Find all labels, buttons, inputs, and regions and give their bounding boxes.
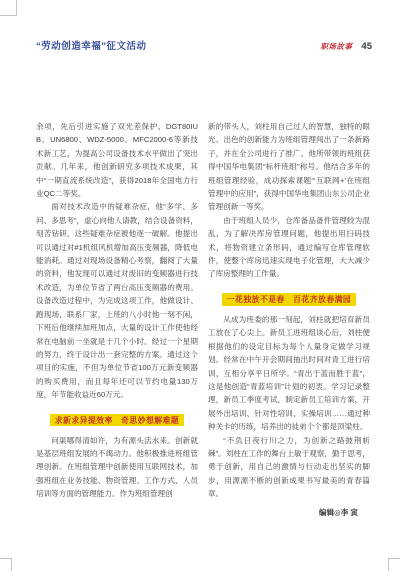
article-paragraph: 新的带头人，刘柱用自己过人的智慧，独特的眼光、出色的创新能力为班组管理闯出了一条… xyxy=(208,120,370,214)
section-heading-text: 求新求异提效率 奇思妙想解难题 xyxy=(50,414,184,426)
section-heading-text: 一花独放不是春 百花齐放春满园 xyxy=(222,293,356,305)
article-paragraph: 从成为班委的那一刻起，刘柱就把培育新员工放在了心尖上。新员工进班组谈心后，刘柱便… xyxy=(208,313,370,434)
article-paragraph: 余项，先后引进实施了双光差保护、DGT80IUB、UN6800、WDZ-5000… xyxy=(36,120,198,200)
crop-mark-bottom-right xyxy=(388,558,400,571)
crop-mark-top-left xyxy=(0,0,17,16)
magazine-page: “劳动创造幸福”征文活动 职场故事 45 余项，先后引进实施了双光差保护、DGT… xyxy=(0,0,400,571)
section-heading: 求新求异提效率 奇思妙想解难题 xyxy=(36,411,198,427)
crop-mark-bottom-left xyxy=(0,558,12,571)
article-paragraph: 面对技术改造中的疑难杂症，他“多学、多问、多思考”，虚心向他人请教，结合设备资料… xyxy=(36,200,198,401)
page-number: 45 xyxy=(361,41,372,52)
header-right-group: 职场故事 45 xyxy=(320,41,372,52)
section-heading: 一花独放不是春 百花齐放春满园 xyxy=(208,290,370,306)
article-paragraph: “不负日夜行川之力，为创新之路披荆斩棘”。刘柱在工作的舞台上敏于观察，勤于思考，… xyxy=(208,434,370,501)
article-paragraph: 由于班组人员少，仓库备品备件管理较为混乱，为了解决库房管理问题，他提出用扫码技术… xyxy=(208,214,370,281)
left-column: 余项，先后引进实施了双光差保护、DGT80IUB、UN6800、WDZ-5000… xyxy=(36,120,198,519)
page-header: “劳动创造幸福”征文活动 职场故事 45 xyxy=(36,38,372,52)
section-label: 职场故事 xyxy=(320,41,352,52)
right-column: 新的带头人，刘柱用自己过人的智慧，独特的眼光、出色的创新能力为班组管理闯出了一条… xyxy=(208,120,370,519)
editor-byline: 编辑◎李 寅 xyxy=(208,506,358,519)
article-paragraph: 问渠哪得清如许，为有源头活水来。创新就是基层班组发展的不竭动力。他积极推进班组管… xyxy=(36,434,198,501)
article-body: 余项，先后引进实施了双光差保护、DGT80IUB、UN6800、WDZ-5000… xyxy=(36,120,370,519)
page-title: “劳动创造幸福”征文活动 xyxy=(36,38,147,52)
